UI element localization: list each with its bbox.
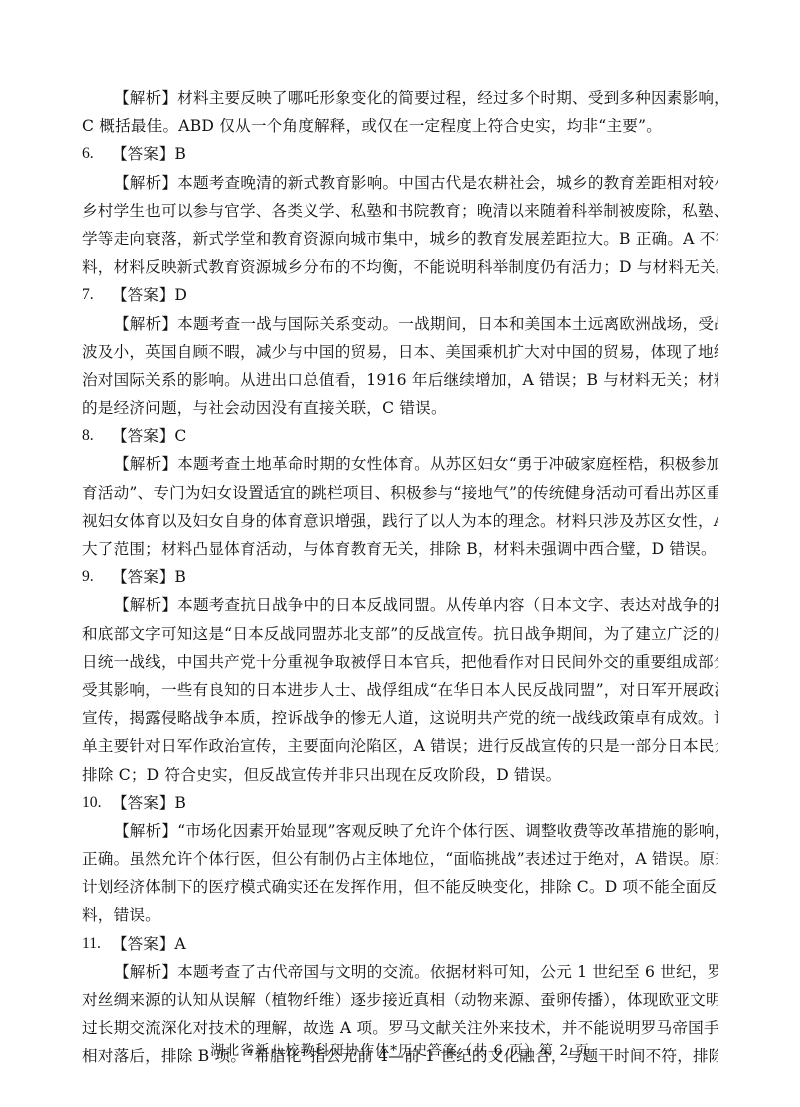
- analysis-line: 视妇女体育以及妇女自身的体育意识增强，践行了以人为本的理念。材料只涉及苏区女性，…: [82, 507, 718, 535]
- analysis-line: 【解析】材料主要反映了哪吒形象变化的简要过程，经过多个时期、受到多种因素影响，故: [82, 84, 718, 112]
- answer-label: 【答案】C: [112, 422, 186, 450]
- analysis-block-q10: 【解析】“市场化因素开始显现”客观反映了允许个体行医、调整收费等改革措施的影响，…: [82, 817, 718, 930]
- page-footer: 湖北省新八校教科研协作体*历史答案（共 6 页）第 2 页: [0, 1040, 800, 1060]
- analysis-line: 宣传，揭露侵略战争本质，控诉战争的惨无人道，这说明共产党的统一战线政策卓有成效。…: [82, 704, 718, 732]
- analysis-block-q6: 【解析】本题考查晚清的新式教育影响。中国古代是农耕社会，城乡的教育差距相对较小，…: [82, 169, 718, 282]
- question-number: 6.: [82, 140, 112, 168]
- analysis-line: 乡村学生也可以参与官学、各类义学、私塾和书院教育；晚清以来随着科举制被废除，私塾…: [82, 197, 718, 225]
- analysis-line: 【解析】本题考查一战与国际关系变动。一战期间，日本和美国本土远离欧洲战场，受战争: [82, 310, 718, 338]
- analysis-line: 【解析】本题考查晚清的新式教育影响。中国古代是农耕社会，城乡的教育差距相对较小，: [82, 169, 718, 197]
- answer-label: 【答案】B: [112, 563, 186, 591]
- analysis-line: 波及小，英国自顾不暇，减少与中国的贸易，日本、美国乘机扩大对中国的贸易，体现了地…: [82, 338, 718, 366]
- analysis-line: 料，错误。: [82, 901, 718, 929]
- question-number: 9.: [82, 563, 112, 591]
- answer-label: 【答案】B: [112, 140, 186, 168]
- analysis-line: 排除 C；D 符合史实，但反战宣传并非只出现在反攻阶段，D 错误。: [82, 761, 718, 789]
- analysis-line: 【解析】本题考查了古代帝国与文明的交流。依据材料可知，公元 1 世纪至 6 世纪…: [82, 958, 718, 986]
- analysis-line: 【解析】本题考查土地革命时期的女性体育。从苏区妇女“勇于冲破家庭桎梏，积极参加体: [82, 450, 718, 478]
- answer-row-q7: 7. 【答案】D: [82, 281, 718, 309]
- question-number: 10.: [82, 789, 112, 817]
- analysis-line: 大了范围；材料凸显体育活动，与体育教育无关，排除 B，材料未强调中西合璧，D 错…: [82, 535, 718, 563]
- analysis-line: 育活动”、专门为妇女设置适宜的跳栏项目、积极参与“接地气”的传统健身活动可看出苏…: [82, 479, 718, 507]
- analysis-block-q5: 【解析】材料主要反映了哪吒形象变化的简要过程，经过多个时期、受到多种因素影响，故…: [82, 84, 718, 140]
- analysis-line: 的是经济问题，与社会动因没有直接关联，C 错误。: [82, 394, 718, 422]
- analysis-line: 和底部文字可知这是“日本反战同盟苏北支部”的反战宣传。抗日战争期间，为了建立广泛…: [82, 620, 718, 648]
- analysis-line: 受其影响，一些有良知的日本进步人士、战俘组成“在华日本人民反战同盟”，对日军开展…: [82, 676, 718, 704]
- analysis-line: 日统一战线，中国共产党十分重视争取被俘日本官兵，把他看作对日民间外交的重要组成部…: [82, 648, 718, 676]
- analysis-line: 过长期交流深化对技术的理解，故选 A 项。罗马文献关注外来技术，并不能说明罗马帝…: [82, 1014, 718, 1042]
- answer-document: 【解析】材料主要反映了哪吒形象变化的简要过程，经过多个时期、受到多种因素影响，故…: [82, 84, 718, 1071]
- answer-label: 【答案】D: [112, 281, 187, 309]
- analysis-line: 学等走向衰落，新式学堂和教育资源向城市集中，城乡的教育发展差距拉大。B 正确。A…: [82, 225, 718, 253]
- analysis-line: 单主要针对日军作政治宣传，主要面向沦陷区，A 错误；进行反战宣传的只是一部分日本…: [82, 732, 718, 760]
- analysis-line: 对丝绸来源的认知从误解（植物纤维）逐步接近真相（动物来源、蚕卵传播），体现欧亚文…: [82, 986, 718, 1014]
- analysis-line: 计划经济体制下的医疗模式确实还在发挥作用，但不能反映变化，排除 C。D 项不能全…: [82, 873, 718, 901]
- analysis-line: 【解析】“市场化因素开始显现”客观反映了允许个体行医、调整收费等改革措施的影响，…: [82, 817, 718, 845]
- analysis-block-q8: 【解析】本题考查土地革命时期的女性体育。从苏区妇女“勇于冲破家庭桎梏，积极参加体…: [82, 450, 718, 563]
- answer-row-q9: 9. 【答案】B: [82, 563, 718, 591]
- question-number: 8.: [82, 422, 112, 450]
- answer-row-q10: 10. 【答案】B: [82, 789, 718, 817]
- answer-row-q6: 6. 【答案】B: [82, 140, 718, 168]
- analysis-line: 【解析】本题考查抗日战争中的日本反战同盟。从传单内容（日本文字、表达对战争的控诉…: [82, 591, 718, 619]
- analysis-line: 正确。虽然允许个体行医，但公有制仍占主体地位，“面临挑战”表述过于绝对，A 错误…: [82, 845, 718, 873]
- question-number: 7.: [82, 281, 112, 309]
- answer-row-q8: 8. 【答案】C: [82, 422, 718, 450]
- answer-row-q11: 11. 【答案】A: [82, 930, 718, 958]
- analysis-block-q7: 【解析】本题考查一战与国际关系变动。一战期间，日本和美国本土远离欧洲战场，受战争…: [82, 310, 718, 423]
- answer-label: 【答案】A: [112, 930, 186, 958]
- analysis-line: 治对国际关系的影响。从进出口总值看，1916 年后继续增加，A 错误；B 与材料…: [82, 366, 718, 394]
- analysis-line: C 概括最佳。ABD 仅从一个角度解释，或仅在一定程度上符合史实，均非“主要”。: [82, 112, 718, 140]
- analysis-line: 料，材料反映新式教育资源城乡分布的不均衡，不能说明科举制度仍有活力；D 与材料无…: [82, 253, 718, 281]
- question-number: 11.: [82, 930, 112, 958]
- analysis-block-q9: 【解析】本题考查抗日战争中的日本反战同盟。从传单内容（日本文字、表达对战争的控诉…: [82, 591, 718, 788]
- answer-label: 【答案】B: [112, 789, 186, 817]
